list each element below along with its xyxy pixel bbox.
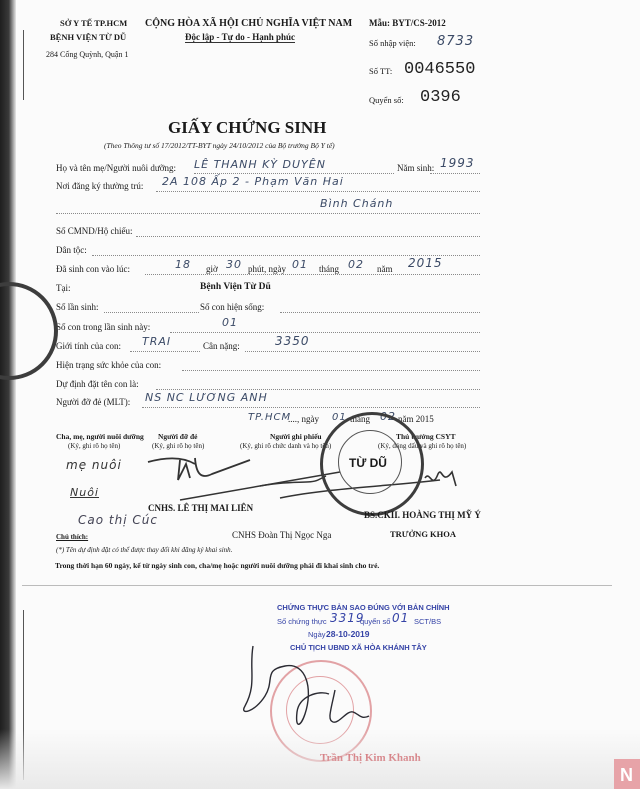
fold-line xyxy=(23,30,24,100)
health-label: Hiện trạng sức khỏe của con: xyxy=(56,360,161,370)
certification-number-label: Số chứng thực xyxy=(277,617,327,626)
serial-label: Số TT: xyxy=(369,66,392,76)
corner-badge-letter: N xyxy=(620,765,633,786)
birth-year-label: Năm sinh: xyxy=(397,163,434,173)
dotted-line xyxy=(136,236,480,237)
form-code: Mẫu: BYT/CS-2012 xyxy=(369,18,446,28)
parent-handwriting-2: Nuôi xyxy=(70,486,99,499)
date-place-value: TP.HCM xyxy=(248,412,291,423)
parent-handwriting-3: Cao thị Cúc xyxy=(78,513,158,527)
department-name: SỞ Y TẾ TP.HCM xyxy=(60,18,127,28)
national-motto: Độc lập - Tự do - Hạnh phúc xyxy=(185,32,295,43)
certification-book-value: 01 xyxy=(392,611,409,625)
parent-handwriting-1: mẹ nuôi xyxy=(66,458,122,472)
certification-date-label: Ngày xyxy=(308,630,326,639)
scan-left-edge xyxy=(0,0,16,789)
delivered-by-value: NS NC LƯƠNG ANH xyxy=(145,391,268,404)
midwife-signature-note: (Ký, ghi rõ họ tên) xyxy=(152,442,204,450)
document-subtitle: (Theo Thông tư số 17/2012/TT-BYT ngày 24… xyxy=(104,141,335,150)
hospital-stamp-partial xyxy=(0,282,58,380)
dotted-line xyxy=(245,351,480,352)
certification-book-suffix: SCT/BS xyxy=(414,617,441,626)
document-title: GIẤY CHỨNG SINH xyxy=(168,118,326,138)
place-label: Tại: xyxy=(56,283,71,293)
id-label: Số CMND/Hộ chiếu: xyxy=(56,226,133,236)
weight-value: 3350 xyxy=(275,334,310,348)
residence-value-line1: 2A 108 Ấp 2 - Phạm Văn Hai xyxy=(162,175,344,188)
intended-name-label: Dự định đặt tên con là: xyxy=(56,379,139,389)
dotted-line xyxy=(194,173,394,174)
dotted-line xyxy=(104,312,199,313)
note-2: Trong thời hạn 60 ngày, kể từ ngày sinh … xyxy=(55,561,379,570)
place-value: Bệnh Viện Từ Dũ xyxy=(200,282,271,292)
head-position: TRƯỞNG KHOA xyxy=(390,529,456,539)
year-label: năm xyxy=(377,264,393,274)
sex-label: Giới tính của con: xyxy=(56,341,121,351)
born-at-label: Đã sinh con vào lúc: xyxy=(56,264,130,274)
hospital-name: BỆNH VIỆN TỪ DŨ xyxy=(50,32,126,42)
midwife-name: CNHS. LÊ THỊ MAI LIÊN xyxy=(148,503,253,513)
certification-book-label: quyển số xyxy=(360,617,390,626)
hospital-stamp-text: TỪ DŨ xyxy=(349,456,387,470)
book-value: 0396 xyxy=(420,88,461,107)
ethnicity-label: Dân tộc: xyxy=(56,245,87,255)
dotted-line xyxy=(130,351,200,352)
residence-value-line2: Bình Chánh xyxy=(320,197,393,210)
residence-label: Nơi đăng ký thường trú: xyxy=(56,181,143,191)
dotted-line xyxy=(182,370,480,371)
dotted-line xyxy=(142,407,480,408)
birth-year-value: 1993 xyxy=(440,156,475,170)
mother-name-value: LÊ THANH KỲ DUYÊN xyxy=(194,158,326,171)
midwife-signature-title: Người đỡ đẻ xyxy=(158,432,197,441)
born-year-value: 2015 xyxy=(408,256,443,270)
book-label: Quyển số: xyxy=(369,95,404,105)
dotted-line xyxy=(430,173,480,174)
parent-signature-note: (Ký, ghi rõ họ tên) xyxy=(68,442,120,450)
dotted-line xyxy=(156,191,480,192)
divider xyxy=(22,585,612,586)
born-hour-value: 18 xyxy=(175,258,191,271)
recorder-name: CNHS Đoàn Thị Ngọc Nga xyxy=(232,530,331,540)
parent-signature-title: Cha, mẹ, người nuôi dưỡng xyxy=(56,432,144,441)
notes-label: Chú thích: xyxy=(56,533,88,541)
birth-count-label: Số lần sinh: xyxy=(56,302,99,312)
dotted-line xyxy=(280,312,480,313)
weight-label: Cân nặng: xyxy=(203,341,240,351)
living-children-label: Số con hiện sống: xyxy=(200,302,264,312)
recorder-signature-title: Người ghi phiếu xyxy=(270,432,322,441)
mother-name-label: Họ và tên mẹ/Người nuôi dưỡng: xyxy=(56,163,176,173)
minute-day-label: phút, ngày xyxy=(248,264,286,274)
dotted-line xyxy=(156,389,480,390)
signature-strokes xyxy=(140,450,480,510)
born-month-value: 02 xyxy=(348,258,364,271)
admission-label: Số nhập viện: xyxy=(369,38,416,48)
serial-value: 0046550 xyxy=(404,60,475,79)
scan-shadow xyxy=(0,729,640,789)
recorder-signature-note: (Ký, ghi rõ chức danh và họ tên) xyxy=(240,442,331,450)
dotted-line xyxy=(145,274,480,275)
head-name: BS.CKII. HOÀNG THỊ MỸ Ý xyxy=(364,510,481,520)
certification-date-value: 28-10-2019 xyxy=(326,629,369,639)
born-minute-value: 30 xyxy=(226,258,242,271)
born-day-value: 01 xyxy=(292,258,308,271)
dotted-line xyxy=(56,213,480,214)
hospital-address: 284 Cống Quỳnh, Quận 1 xyxy=(46,50,128,59)
sex-value: TRAI xyxy=(142,335,171,348)
delivered-by-label: Người đỡ đẻ (MLT): xyxy=(56,397,130,407)
corner-badge: N xyxy=(614,759,640,789)
note-1: (*) Tên dự định đặt có thể được thay đổi… xyxy=(56,546,232,554)
admission-value: 8733 xyxy=(437,34,474,49)
children-this-birth-label: Số con trong lần sinh này: xyxy=(56,322,150,332)
date-day-label: ...., ngày xyxy=(288,414,319,424)
children-this-birth-value: 01 xyxy=(222,316,238,329)
month-label: tháng xyxy=(319,264,339,274)
hour-label: giờ xyxy=(206,264,218,274)
republic-title: CỘNG HÒA XÃ HỘI CHỦ NGHĨA VIỆT NAM xyxy=(145,18,352,29)
dotted-line xyxy=(170,332,480,333)
